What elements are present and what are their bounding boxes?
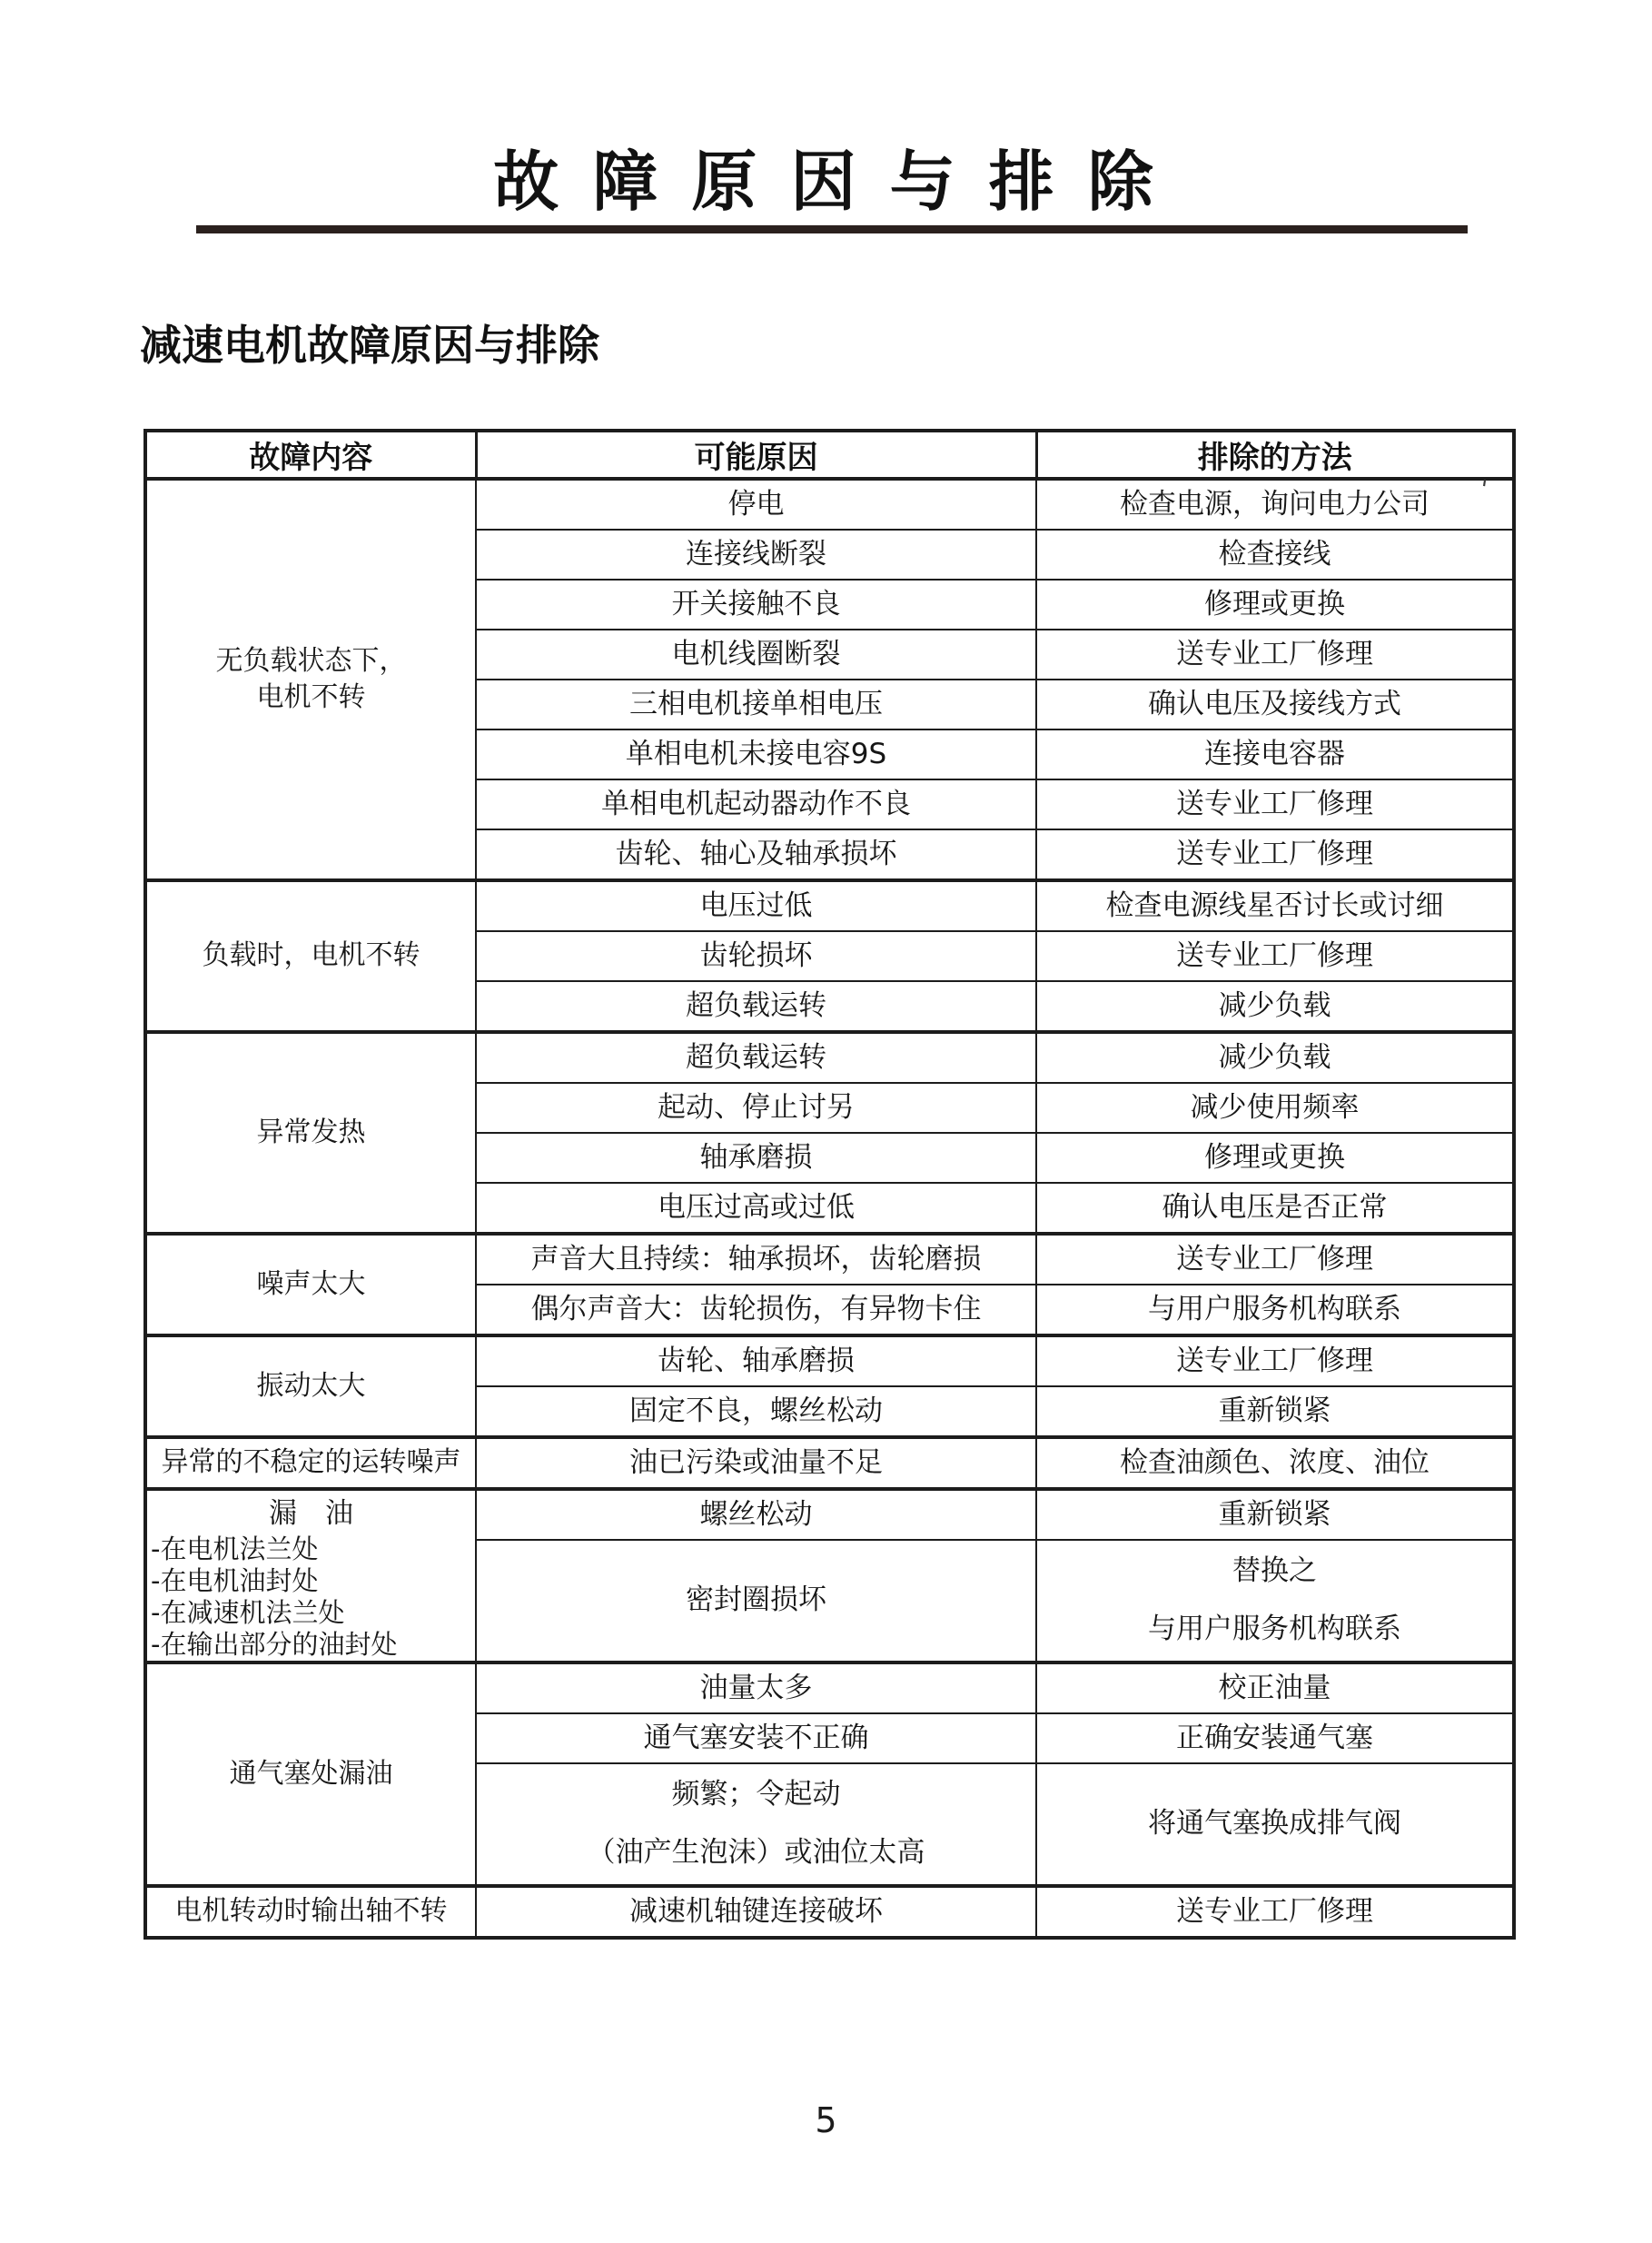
- cause-cell: 通气塞安装不正确: [476, 1713, 1036, 1763]
- remedy-cell: 送专业工厂修理: [1036, 1234, 1514, 1285]
- cause-cell: 超负载运转: [476, 1032, 1036, 1083]
- remedy-cell: 减少负载: [1036, 981, 1514, 1032]
- remedy-cell: 送专业工厂修理: [1036, 630, 1514, 680]
- table-row: 电机转动时输出轴不转减速机轴键连接破坏送专业工厂修理: [145, 1886, 1514, 1938]
- column-header-remedy: 排除的方法: [1036, 431, 1514, 479]
- cause-cell: 轴承磨损: [476, 1133, 1036, 1183]
- cause-cell: 齿轮、轴承磨损: [476, 1335, 1036, 1386]
- cause-cell: 三相电机接单相电压: [476, 680, 1036, 729]
- cause-cell: 电压过高或过低: [476, 1183, 1036, 1234]
- cause-cell: 声音大且持续：轴承损坏，齿轮磨损: [476, 1234, 1036, 1285]
- cause-cell: 偶尔声音大：齿轮损伤，有异物卡住: [476, 1285, 1036, 1335]
- cause-cell: 油已污染或油量不足: [476, 1437, 1036, 1489]
- cause-cell: 密封圈损坏: [476, 1540, 1036, 1662]
- fault-title: 漏 油: [151, 1492, 471, 1533]
- table-header-row: 故障内容 可能原因 排除的方法: [145, 431, 1514, 479]
- fault-location-line: -在电机法兰处: [151, 1533, 471, 1565]
- table-row: 振动太大齿轮、轴承磨损送专业工厂修理: [145, 1335, 1514, 1386]
- remedy-cell: 连接电容器: [1036, 729, 1514, 779]
- remedy-cell: 重新锁紧: [1036, 1489, 1514, 1540]
- fault-table: 故障内容 可能原因 排除的方法 无负载状态下， 电机不转停电检查电源，询问电力公…: [143, 429, 1516, 1940]
- remedy-cell: 送专业工厂修理: [1036, 931, 1514, 981]
- cause-cell: 起动、停止讨另: [476, 1083, 1036, 1133]
- fault-content-cell: 无负载状态下， 电机不转: [145, 479, 476, 880]
- cause-cell: 电压过低: [476, 880, 1036, 931]
- remedy-cell: 校正油量: [1036, 1662, 1514, 1713]
- fault-location-line: -在减速机法兰处: [151, 1597, 471, 1629]
- fault-content-cell: 负载时，电机不转: [145, 880, 476, 1032]
- cause-cell: 减速机轴键连接破坏: [476, 1886, 1036, 1938]
- remedy-cell: 送专业工厂修理: [1036, 829, 1514, 880]
- remedy-cell: 检查接线: [1036, 530, 1514, 580]
- fault-location-line: -在输出部分的油封处: [151, 1629, 471, 1661]
- fault-table-body: 无负载状态下， 电机不转停电检查电源，询问电力公司连接线断裂检查接线开关接触不良…: [145, 479, 1514, 1938]
- remedy-cell: 送专业工厂修理: [1036, 779, 1514, 829]
- cause-cell: 齿轮、轴心及轴承损坏: [476, 829, 1036, 880]
- title-rule: [196, 225, 1468, 233]
- remedy-cell: 检查电源，询问电力公司: [1036, 479, 1514, 530]
- fault-content-cell: 通气塞处漏油: [145, 1662, 476, 1886]
- remedy-cell: 送专业工厂修理: [1036, 1335, 1514, 1386]
- remedy-cell: 与用户服务机构联系: [1036, 1285, 1514, 1335]
- cause-cell: 单相电机起动器动作不良: [476, 779, 1036, 829]
- document-page: 故 障 原 因 与 排 除 减速电机故障原因与排除 故障内容 可能原因 排除的方…: [0, 0, 1652, 2243]
- cause-cell: 停电: [476, 479, 1036, 530]
- table-row: 通气塞处漏油油量太多校正油量: [145, 1662, 1514, 1713]
- table-row: 漏 油-在电机法兰处-在电机油封处-在减速机法兰处-在输出部分的油封处螺丝松动重…: [145, 1489, 1514, 1540]
- fault-content-cell: 电机转动时输出轴不转: [145, 1886, 476, 1938]
- cause-cell: 连接线断裂: [476, 530, 1036, 580]
- cause-cell: 油量太多: [476, 1662, 1036, 1713]
- remedy-cell: 检查油颜色、浓度、油位: [1036, 1437, 1514, 1489]
- remedy-cell: 送专业工厂修理: [1036, 1886, 1514, 1938]
- remedy-cell: 减少负载: [1036, 1032, 1514, 1083]
- remedy-cell: 替换之 与用户服务机构联系: [1036, 1540, 1514, 1662]
- page-number: 5: [0, 2100, 1652, 2140]
- cause-cell: 螺丝松动: [476, 1489, 1036, 1540]
- table-row: 异常发热超负载运转减少负载: [145, 1032, 1514, 1083]
- fault-content-cell: 异常的不稳定的运转噪声: [145, 1437, 476, 1489]
- remedy-cell: 修理或更换: [1036, 1133, 1514, 1183]
- remedy-cell: 检查电源线星否讨长或讨细: [1036, 880, 1514, 931]
- section-heading: 减速电机故障原因与排除: [140, 313, 599, 372]
- cause-cell: 频繁；令起动 （油产生泡沫）或油位太高: [476, 1763, 1036, 1886]
- page-title: 故 障 原 因 与 排 除: [0, 129, 1652, 223]
- cause-cell: 开关接触不良: [476, 580, 1036, 630]
- fault-content-cell: 异常发热: [145, 1032, 476, 1234]
- cause-cell: 齿轮损坏: [476, 931, 1036, 981]
- remedy-cell: 减少使用频率: [1036, 1083, 1514, 1133]
- fault-content-cell: 噪声太大: [145, 1234, 476, 1335]
- cause-cell: 固定不良，螺丝松动: [476, 1386, 1036, 1437]
- table-row: 噪声太大声音大且持续：轴承损坏，齿轮磨损送专业工厂修理: [145, 1234, 1514, 1285]
- column-header-fault: 故障内容: [145, 431, 476, 479]
- table-row: 无负载状态下， 电机不转停电检查电源，询问电力公司: [145, 479, 1514, 530]
- cause-cell: 电机线圈断裂: [476, 630, 1036, 680]
- remedy-cell: 将通气塞换成排气阀: [1036, 1763, 1514, 1886]
- remedy-cell: 修理或更换: [1036, 580, 1514, 630]
- fault-location-line: -在电机油封处: [151, 1565, 471, 1597]
- remedy-cell: 正确安装通气塞: [1036, 1713, 1514, 1763]
- table-row: 异常的不稳定的运转噪声油已污染或油量不足检查油颜色、浓度、油位: [145, 1437, 1514, 1489]
- fault-content-cell: 漏 油-在电机法兰处-在电机油封处-在减速机法兰处-在输出部分的油封处: [145, 1489, 476, 1662]
- cause-cell: 单相电机未接电容9S: [476, 729, 1036, 779]
- remedy-cell: 确认电压及接线方式: [1036, 680, 1514, 729]
- cause-cell: 超负载运转: [476, 981, 1036, 1032]
- table-row: 负载时，电机不转电压过低检查电源线星否讨长或讨细: [145, 880, 1514, 931]
- remedy-cell: 确认电压是否正常: [1036, 1183, 1514, 1234]
- column-header-cause: 可能原因: [476, 431, 1036, 479]
- remedy-cell: 重新锁紧: [1036, 1386, 1514, 1437]
- fault-content-cell: 振动太大: [145, 1335, 476, 1437]
